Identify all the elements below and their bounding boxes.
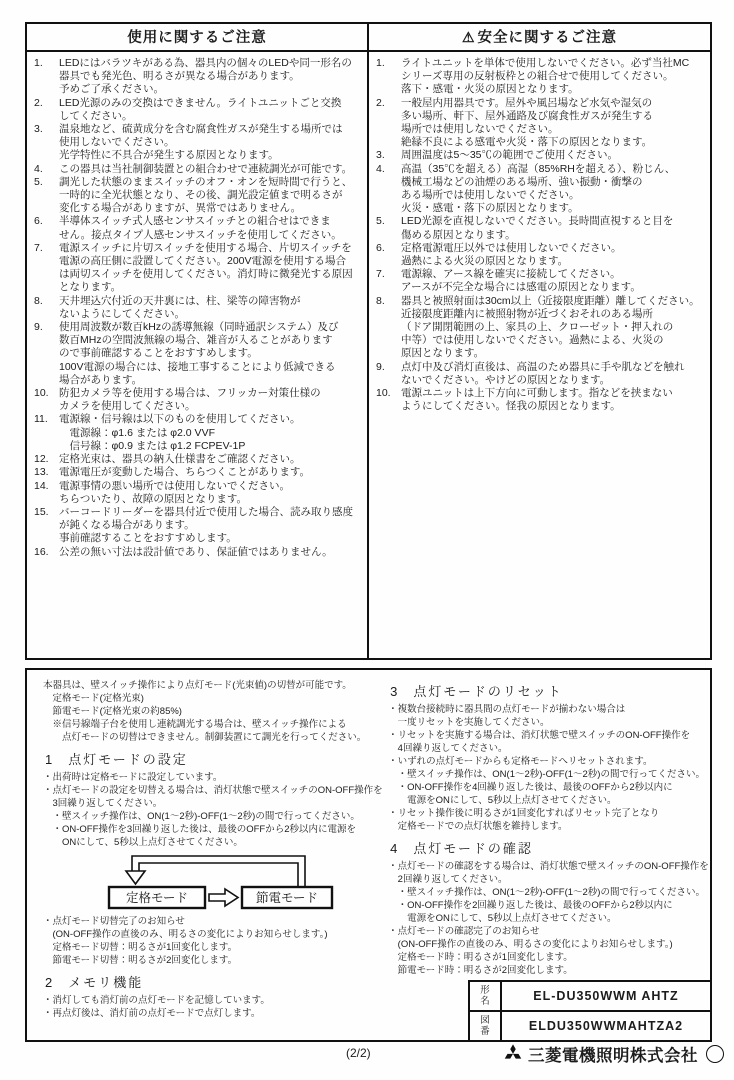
usage-note-item: 5. 調光した状態のままスイッチのオフ・オンを短時間で行うと、 一時的に全光状態… [33,176,363,216]
note-item-text: 電源ユニットは上下方向に可動します。指などを挟まない ようにしてください。怪我の… [401,387,706,413]
note-item-text: 防犯カメラ等を使用する場合は、フリッカー対策仕様の カメラを使用してください。 [59,387,363,413]
note-item-text: 調光した状態のままスイッチのオフ・オンを短時間で行うと、 一時的に全光状態となり… [59,176,363,216]
note-item-number: 13. [33,466,59,479]
bullet-line: (ON-OFF操作の直後のみ、明るさの変化によりお知らせします。) [388,938,704,951]
note-item-number: 11. [33,413,59,426]
bullet-line: ・出荷時は定格モードに設定しています。 [43,771,378,784]
note-item-text: 定格電源電圧以外では使用しないでください。 過熱による火災の原因となります。 [401,242,706,268]
note-item-number: 12. [33,453,59,466]
safety-note-item: 9. 点灯中及び消灯直後は、高温のため器具に手や肌などを触れ ないでください。や… [375,361,706,387]
safety-notes-title-text: 安全に関するご注意 [478,30,618,46]
bullet-line: 電源をONにして、5秒以上点灯させてください。 [388,912,704,925]
lighting-mode-box: 本器具は、壁スイッチ操作により点灯モード(光束値)の切替が可能です。 定格モード… [25,668,712,1042]
bullet-line: 4回繰り返してください。 [388,742,704,755]
section-2-title: 2メモリ機能 [45,976,378,989]
safety-note-item: 7. 電源線、アース線を確実に接続してください。 アースが不完全な場合には感電の… [375,268,706,294]
section-title-text: 点灯モードの設定 [68,752,187,767]
note-item-number: 15. [33,506,59,519]
section-number: 1 [45,752,54,767]
footer-company: 三菱電機照明株式会社 [502,1042,724,1066]
note-item-text: 一般屋内用器具です。屋外や風呂場など水気や湿気の 多い場所、軒下、屋外通路及び腐… [401,97,706,150]
mode-box-left-column: 本器具は、壁スイッチ操作により点灯モード(光束値)の切替が可能です。 定格モード… [27,670,382,1040]
note-item-text: バーコードリーダーを器具付近で使用した場合、読み取り感度 が鈍くなる場合がありま… [59,506,363,546]
note-item-text: 電源スイッチに片切スイッチを使用する場合、片切スイッチを 電源の高圧側に設置して… [59,242,363,295]
note-item-text: 点灯中及び消灯直後は、高温のため器具に手や肌などを触れ ないでください。やけどの… [401,361,706,387]
safety-note-item: 4. 高温（35℃を超える）高湿（85%RHを超える）、粉じん、 機械工場などの… [375,163,706,216]
note-item-number: 2. [33,97,59,110]
note-item-text: 電源線・信号線は以下のものを使用してください。 電源線：φ1.6 または φ2.… [59,413,363,453]
section-number: 2 [45,975,54,990]
safety-note-item: 1. ライトユニットを単体で使用しないでください。必ず当社MC シリーズ専用の反… [375,57,706,97]
usage-note-item: 7. 電源スイッチに片切スイッチを使用する場合、片切スイッチを 電源の高圧側に設… [33,242,363,295]
bullet-line: ・リセット操作後に明るさが1回変化すればリセット完了となり [388,807,704,820]
note-item-number: 1. [375,57,401,70]
usage-notes-list: 1. LEDにはバラツキがある為、器具内の個々のLEDや同一形名の 器具でも発光… [27,52,367,563]
section-title-text: 点灯モードの確認 [413,841,532,856]
safety-note-item: 3. 周囲温度は5～35℃の範囲でご使用ください。 [375,149,706,162]
note-item-text: 高温（35℃を超える）高湿（85%RHを超える）、粉じん、 機械工場などの油煙の… [401,163,706,216]
note-item-number: 4. [375,163,401,176]
section-4-title: 4点灯モードの確認 [390,842,704,855]
note-item-number: 10. [375,387,401,400]
section-3-title: 3点灯モードのリセット [390,685,704,698]
usage-note-item: 3. 温泉地など、硫黄成分を含む腐食性ガスが発生する場所では 使用しないでくださ… [33,123,363,163]
note-item-text: LED光源のみの交換はできません。ライトユニットごと交換 してください。 [59,97,363,123]
usage-note-item: 12. 定格光束は、器具の納入仕様書をご確認ください。 [33,453,363,466]
bullet-line: ・再点灯後は、消灯前の点灯モードで点灯します。 [43,1007,378,1020]
model-table-row: 図 番 ELDU350WWMAHTZA2 [469,1011,711,1041]
company-name: 三菱電機照明株式会社 [528,1042,698,1066]
bullet-line: ・いずれの点灯モードからも定格モードへリセットされます。 [388,755,704,768]
page-number: (2/2) [346,1046,371,1060]
bullet-line: 3回繰り返してください。 [43,797,378,810]
note-item-number: 2. [375,97,401,110]
bullet-line: ・壁スイッチ操作は、ON(1～2秒)-OFF(1～2秒)の間で行ってください。 [388,886,704,899]
safety-note-item: 8. 器具と被照射面は30cm以上（近接限度距離）離してください。 近接限度距離… [375,295,706,361]
mode-intro-line: 点灯モードの切替はできません。制御装置にて調光を行ってください。 [43,731,378,744]
bullet-line: 定格モードでの点灯状態を維持します。 [388,820,704,833]
usage-note-item: 6. 半導体スイッチ式人感センサスイッチとの組合せはできま せん。接点タイプ人感… [33,215,363,241]
section-1-lines-before: ・出荷時は定格モードに設定しています。・点灯モードの設定を切替える場合は、消灯状… [43,771,378,849]
bullet-line: ・壁スイッチ操作は、ON(1～2秒)-OFF(1～2秒)の間で行ってください。 [388,768,704,781]
safety-notes-list: 1. ライトユニットを単体で使用しないでください。必ず当社MC シリーズ専用の反… [369,52,710,417]
section-1-lines-after: ・点灯モード切替完了のお知らせ (ON-OFF操作の直後のみ、明るさの変化により… [43,915,378,967]
usage-note-item: 9. 使用周波数が数百kHzの誘導無線（同時通訳システム）及び 数百MHzの空間… [33,321,363,387]
rated-mode-label: 定格モード [126,890,188,905]
note-item-text: 半導体スイッチ式人感センサスイッチとの組合せはできま せん。接点タイプ人感センサ… [59,215,363,241]
bullet-line: 定格モード切替：明るさが1回変化します。 [43,941,378,954]
bullet-line: ・点灯モードの確認をする場合は、消灯状態で壁スイッチのON-OFF操作を [388,860,704,873]
model-row-label: 形 名 [469,981,501,1011]
model-row-value: EL-DU350WWM AHTZ [501,981,711,1011]
note-item-number: 7. [375,268,401,281]
mode-intro-line: 定格モード(定格光束) [43,692,378,705]
usage-note-item: 2. LED光源のみの交換はできません。ライトユニットごと交換 してください。 [33,97,363,123]
mode-intro-line: 本器具は、壁スイッチ操作により点灯モード(光束値)の切替が可能です。 [43,679,378,692]
safety-note-item: 5. LED光源を直視しないでください。長時間直視すると目を 傷める原因となりま… [375,215,706,241]
note-item-text: この器具は当社制御装置との組合わせで連続調光が可能です。 [59,163,363,176]
bullet-line: 電源をONにして、5秒以上点灯させてください。 [388,794,704,807]
bullet-line: ・リセットを実施する場合は、消灯状態で壁スイッチのON-OFF操作を [388,729,704,742]
bullet-line: ・ON-OFF操作を2回繰り返した後は、最後のOFFから2秒以内に [388,899,704,912]
note-item-number: 10. [33,387,59,400]
precaution-section: 使用に関するご注意 1. LEDにはバラツキがある為、器具内の個々のLEDや同一… [25,22,712,660]
note-item-number: 3. [33,123,59,136]
bullet-line: ・点灯モード切替完了のお知らせ [43,915,378,928]
note-item-number: 8. [33,295,59,308]
usage-note-item: 4. この器具は当社制御装置との組合わせで連続調光が可能です。 [33,163,363,176]
safety-notes-box: ⚠安全に関するご注意 1. ライトユニットを単体で使用しないでください。必ず当社… [369,22,712,660]
note-item-text: 天井埋込穴付近の天井裏には、柱、梁等の障害物が ないようにしてください。 [59,295,363,321]
note-item-text: ライトユニットを単体で使用しないでください。必ず当社MC シリーズ専用の反射板枠… [401,57,706,97]
note-item-number: 4. [33,163,59,176]
bullet-line: 一度リセットを実施してください。 [388,716,704,729]
bullet-line: ・複数台接続時に器具間の点灯モードが揃わない場合は [388,703,704,716]
bullet-line: 節電モード切替：明るさが2回変化します。 [43,954,378,967]
model-table-body: 形 名 EL-DU350WWM AHTZ 図 番 ELDU350WWMAHTZA… [469,981,711,1041]
note-item-number: 6. [33,215,59,228]
note-item-number: 6. [375,242,401,255]
note-item-number: 16. [33,546,59,559]
section-3-lines: ・複数台接続時に器具間の点灯モードが揃わない場合は 一度リセットを実施してくださ… [388,703,704,833]
bullet-line: ・ON-OFF操作を3回繰り返した後は、最後のOFFから2秒以内に電源を [43,823,378,836]
eco-mode-label: 節電モード [256,891,318,905]
section-title-text: メモリ機能 [68,975,143,990]
safety-note-item: 6. 定格電源電圧以外では使用しないでください。 過熱による火災の原因となります… [375,242,706,268]
safety-notes-title: ⚠安全に関するご注意 [369,24,710,52]
warning-triangle-icon: ⚠ [462,29,476,45]
model-table-row: 形 名 EL-DU350WWM AHTZ [469,981,711,1011]
usage-note-item: 1. LEDにはバラツキがある為、器具内の個々のLEDや同一形名の 器具でも発光… [33,57,363,97]
usage-notes-title: 使用に関するご注意 [27,24,367,52]
usage-notes-box: 使用に関するご注意 1. LEDにはバラツキがある為、器具内の個々のLEDや同一… [25,22,369,660]
note-item-text: 使用周波数が数百kHzの誘導無線（同時通訳システム）及び 数百MHzの空間波無線… [59,321,363,387]
model-number-table: 形 名 EL-DU350WWM AHTZ 図 番 ELDU350WWMAHTZA… [468,980,712,1042]
mode-switch-diagram: 定格モード 節電モード [83,850,339,914]
note-item-text: 温泉地など、硫黄成分を含む腐食性ガスが発生する場所では 使用しないでください。 … [59,123,363,163]
bullet-line: 2回繰り返してください。 [388,873,704,886]
mode-intro: 本器具は、壁スイッチ操作により点灯モード(光束値)の切替が可能です。 定格モード… [43,679,378,744]
section-1-title: 1点灯モードの設定 [45,753,378,766]
mode-intro-line: 節電モード(定格光束の約85%) [43,705,378,718]
usage-note-item: 8. 天井埋込穴付近の天井裏には、柱、梁等の障害物が ないようにしてください。 [33,295,363,321]
note-item-number: 5. [33,176,59,189]
bullet-line: (ON-OFF操作の直後のみ、明るさの変化によりお知らせします。) [43,928,378,941]
note-item-number: 9. [375,361,401,374]
bullet-line: ・ON-OFF操作を4回繰り返した後は、最後のOFFから2秒以内に [388,781,704,794]
note-item-text: 器具と被照射面は30cm以上（近接限度距離）離してください。 近接限度距離内に被… [401,295,706,361]
bullet-line: ONにして、5秒以上点灯させてください。 [43,836,378,849]
note-item-number: 3. [375,149,401,162]
note-item-number: 7. [33,242,59,255]
note-item-text: 公差の無い寸法は設計値であり、保証値ではありません。 [59,546,363,559]
model-row-label: 図 番 [469,1011,501,1041]
mitsubishi-logo-icon [502,1044,524,1064]
usage-note-item: 13. 電源電圧が変動した場合、ちらつくことがあります。 [33,466,363,479]
section-4-lines: ・点灯モードの確認をする場合は、消灯状態で壁スイッチのON-OFF操作を 2回繰… [388,860,704,977]
usage-note-item: 16. 公差の無い寸法は設計値であり、保証値ではありません。 [33,546,363,559]
note-item-text: 周囲温度は5～35℃の範囲でご使用ください。 [401,149,706,162]
note-item-number: 1. [33,57,59,70]
safety-note-item: 10. 電源ユニットは上下方向に可動します。指などを挟まない ようにしてください… [375,387,706,413]
note-item-number: 14. [33,480,59,493]
note-item-number: 9. [33,321,59,334]
note-item-text: 電源電圧が変動した場合、ちらつくことがあります。 [59,466,363,479]
usage-note-item: 10. 防犯カメラ等を使用する場合は、フリッカー対策仕様の カメラを使用してくだ… [33,387,363,413]
manual-page: 使用に関するご注意 1. LEDにはバラツキがある為、器具内の個々のLEDや同一… [0,0,734,1080]
section-2-lines: ・消灯しても消灯前の点灯モードを記憶しています。・再点灯後は、消灯前の点灯モード… [43,994,378,1020]
stamp-circle-icon [706,1045,724,1063]
usage-note-item: 11. 電源線・信号線は以下のものを使用してください。 電源線：φ1.6 または… [33,413,363,453]
bullet-line: 節電モード時：明るさが2回変化します。 [388,964,704,977]
bullet-line: ・消灯しても消灯前の点灯モードを記憶しています。 [43,994,378,1007]
note-item-text: 電源事情の悪い場所では使用しないでください。 ちらついたり、故障の原因となります… [59,480,363,506]
mode-intro-line: ※信号線端子台を使用し連続調光する場合は、壁スイッチ操作による [43,718,378,731]
model-row-value: ELDU350WWMAHTZA2 [501,1011,711,1041]
note-item-text: 定格光束は、器具の納入仕様書をご確認ください。 [59,453,363,466]
usage-note-item: 15. バーコードリーダーを器具付近で使用した場合、読み取り感度 が鈍くなる場合… [33,506,363,546]
section-title-text: 点灯モードのリセット [413,684,562,699]
usage-note-item: 14. 電源事情の悪い場所では使用しないでください。 ちらついたり、故障の原因と… [33,480,363,506]
note-item-number: 8. [375,295,401,308]
bullet-line: 定格モード時：明るさが1回変化します。 [388,951,704,964]
bullet-line: ・壁スイッチ操作は、ON(1～2秒)-OFF(1～2秒)の間で行ってください。 [43,810,378,823]
section-number: 3 [390,684,399,699]
bullet-line: ・点灯モードの確認完了のお知らせ [388,925,704,938]
safety-note-item: 2. 一般屋内用器具です。屋外や風呂場など水気や湿気の 多い場所、軒下、屋外通路… [375,97,706,150]
note-item-number: 5. [375,215,401,228]
section-number: 4 [390,841,399,856]
bullet-line: ・点灯モードの設定を切替える場合は、消灯状態で壁スイッチのON-OFF操作を [43,784,378,797]
note-item-text: LED光源を直視しないでください。長時間直視すると目を 傷める原因となります。 [401,215,706,241]
note-item-text: LEDにはバラツキがある為、器具内の個々のLEDや同一形名の 器具でも発光色、明… [59,57,363,97]
note-item-text: 電源線、アース線を確実に接続してください。 アースが不完全な場合には感電の原因と… [401,268,706,294]
